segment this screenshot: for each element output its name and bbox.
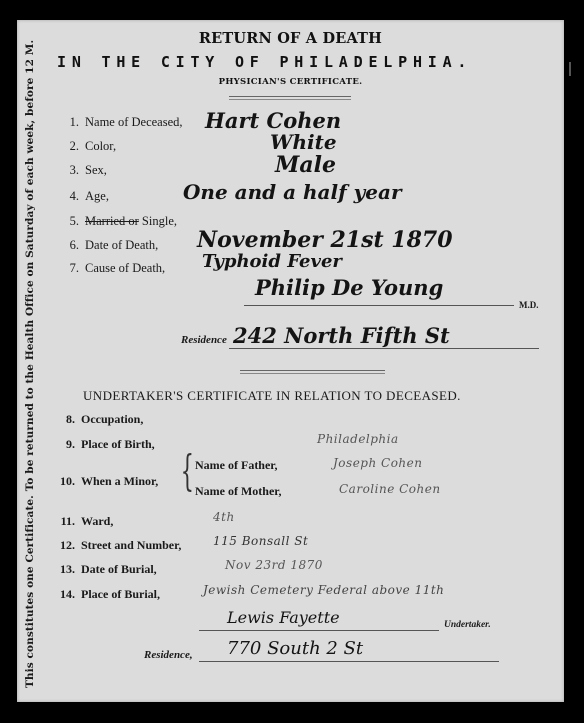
- value-cause-of-death: Typhoid Fever: [202, 251, 342, 272]
- undertaker-signature: Lewis Fayette: [227, 608, 340, 627]
- struck-married-option: Married or: [85, 214, 139, 228]
- physician-signature: Philip De Young: [255, 275, 443, 300]
- header-divider: [229, 96, 351, 100]
- section-divider: [240, 370, 385, 374]
- undertaker-residence-label: Residence,: [144, 649, 193, 661]
- field-label-marital-status: 5.Married or Single,: [57, 214, 177, 229]
- field-label-name-of-father: Name of Father,: [195, 458, 278, 473]
- field-label-when-a-minor: 10.When a Minor,: [53, 474, 158, 489]
- field-label-occupation: 8.Occupation,: [53, 412, 143, 427]
- field-label-street-and-number: 12.Street and Number,: [53, 538, 181, 553]
- field-label-place-of-burial: 14.Place of Burial,: [53, 587, 160, 602]
- field-label-date-of-death: 6.Date of Death,: [57, 238, 158, 253]
- field-label-name-of-deceased: 1.Name of Deceased,: [57, 115, 183, 130]
- field-label-age: 4.Age,: [57, 189, 109, 204]
- ink-blot-mark: [569, 62, 571, 76]
- value-place-of-burial: Jewish Cemetery Federal above 11th: [203, 583, 444, 597]
- value-street-and-number: 115 Bonsall St: [213, 534, 308, 548]
- physician-certificate-heading: PHYSICIAN'S CERTIFICATE.: [17, 77, 564, 87]
- death-certificate-page: This constitutes one Certificate. To be …: [17, 20, 564, 702]
- value-color: White: [270, 130, 337, 154]
- value-sex: Male: [275, 152, 336, 178]
- physician-residence-line: [229, 348, 539, 349]
- physician-signature-line: [244, 305, 514, 306]
- undertaker-residence-value: 770 South 2 St: [227, 638, 363, 659]
- value-date-of-burial: Nov 23rd 1870: [225, 558, 323, 572]
- field-label-place-of-birth: 9.Place of Birth,: [53, 437, 155, 452]
- undertaker-signature-line: [199, 630, 439, 631]
- physician-residence-value: 242 North Fifth St: [233, 323, 450, 348]
- field-label-date-of-burial: 13.Date of Burial,: [53, 562, 157, 577]
- field-label-sex: 3.Sex,: [57, 163, 107, 178]
- value-name-of-mother: Caroline Cohen: [339, 482, 441, 496]
- value-date-of-death: November 21st 1870: [197, 227, 453, 253]
- field-label-ward: 11.Ward,: [53, 514, 113, 529]
- undertaker-certificate-heading: UNDERTAKER'S CERTIFICATE IN RELATION TO …: [83, 388, 461, 404]
- physician-residence-label: Residence: [181, 334, 227, 346]
- undertaker-residence-line: [199, 661, 499, 662]
- value-place-of-birth: Philadelphia: [317, 432, 399, 446]
- value-age: One and a half year: [183, 180, 402, 204]
- minor-brace: {: [181, 450, 194, 492]
- field-label-color: 2.Color,: [57, 139, 116, 154]
- side-instruction-text: This constitutes one Certificate. To be …: [19, 6, 41, 702]
- document-title: RETURN OF A DEATH: [17, 30, 564, 47]
- undertaker-suffix: Undertaker.: [444, 620, 491, 630]
- value-ward: 4th: [213, 510, 235, 524]
- physician-md-suffix: M.D.: [519, 300, 539, 310]
- value-name-of-father: Joseph Cohen: [333, 456, 422, 470]
- document-subtitle: IN THE CITY OF PHILADELPHIA.: [57, 53, 564, 71]
- field-label-name-of-mother: Name of Mother,: [195, 484, 282, 499]
- field-label-cause-of-death: 7.Cause of Death,: [57, 261, 165, 276]
